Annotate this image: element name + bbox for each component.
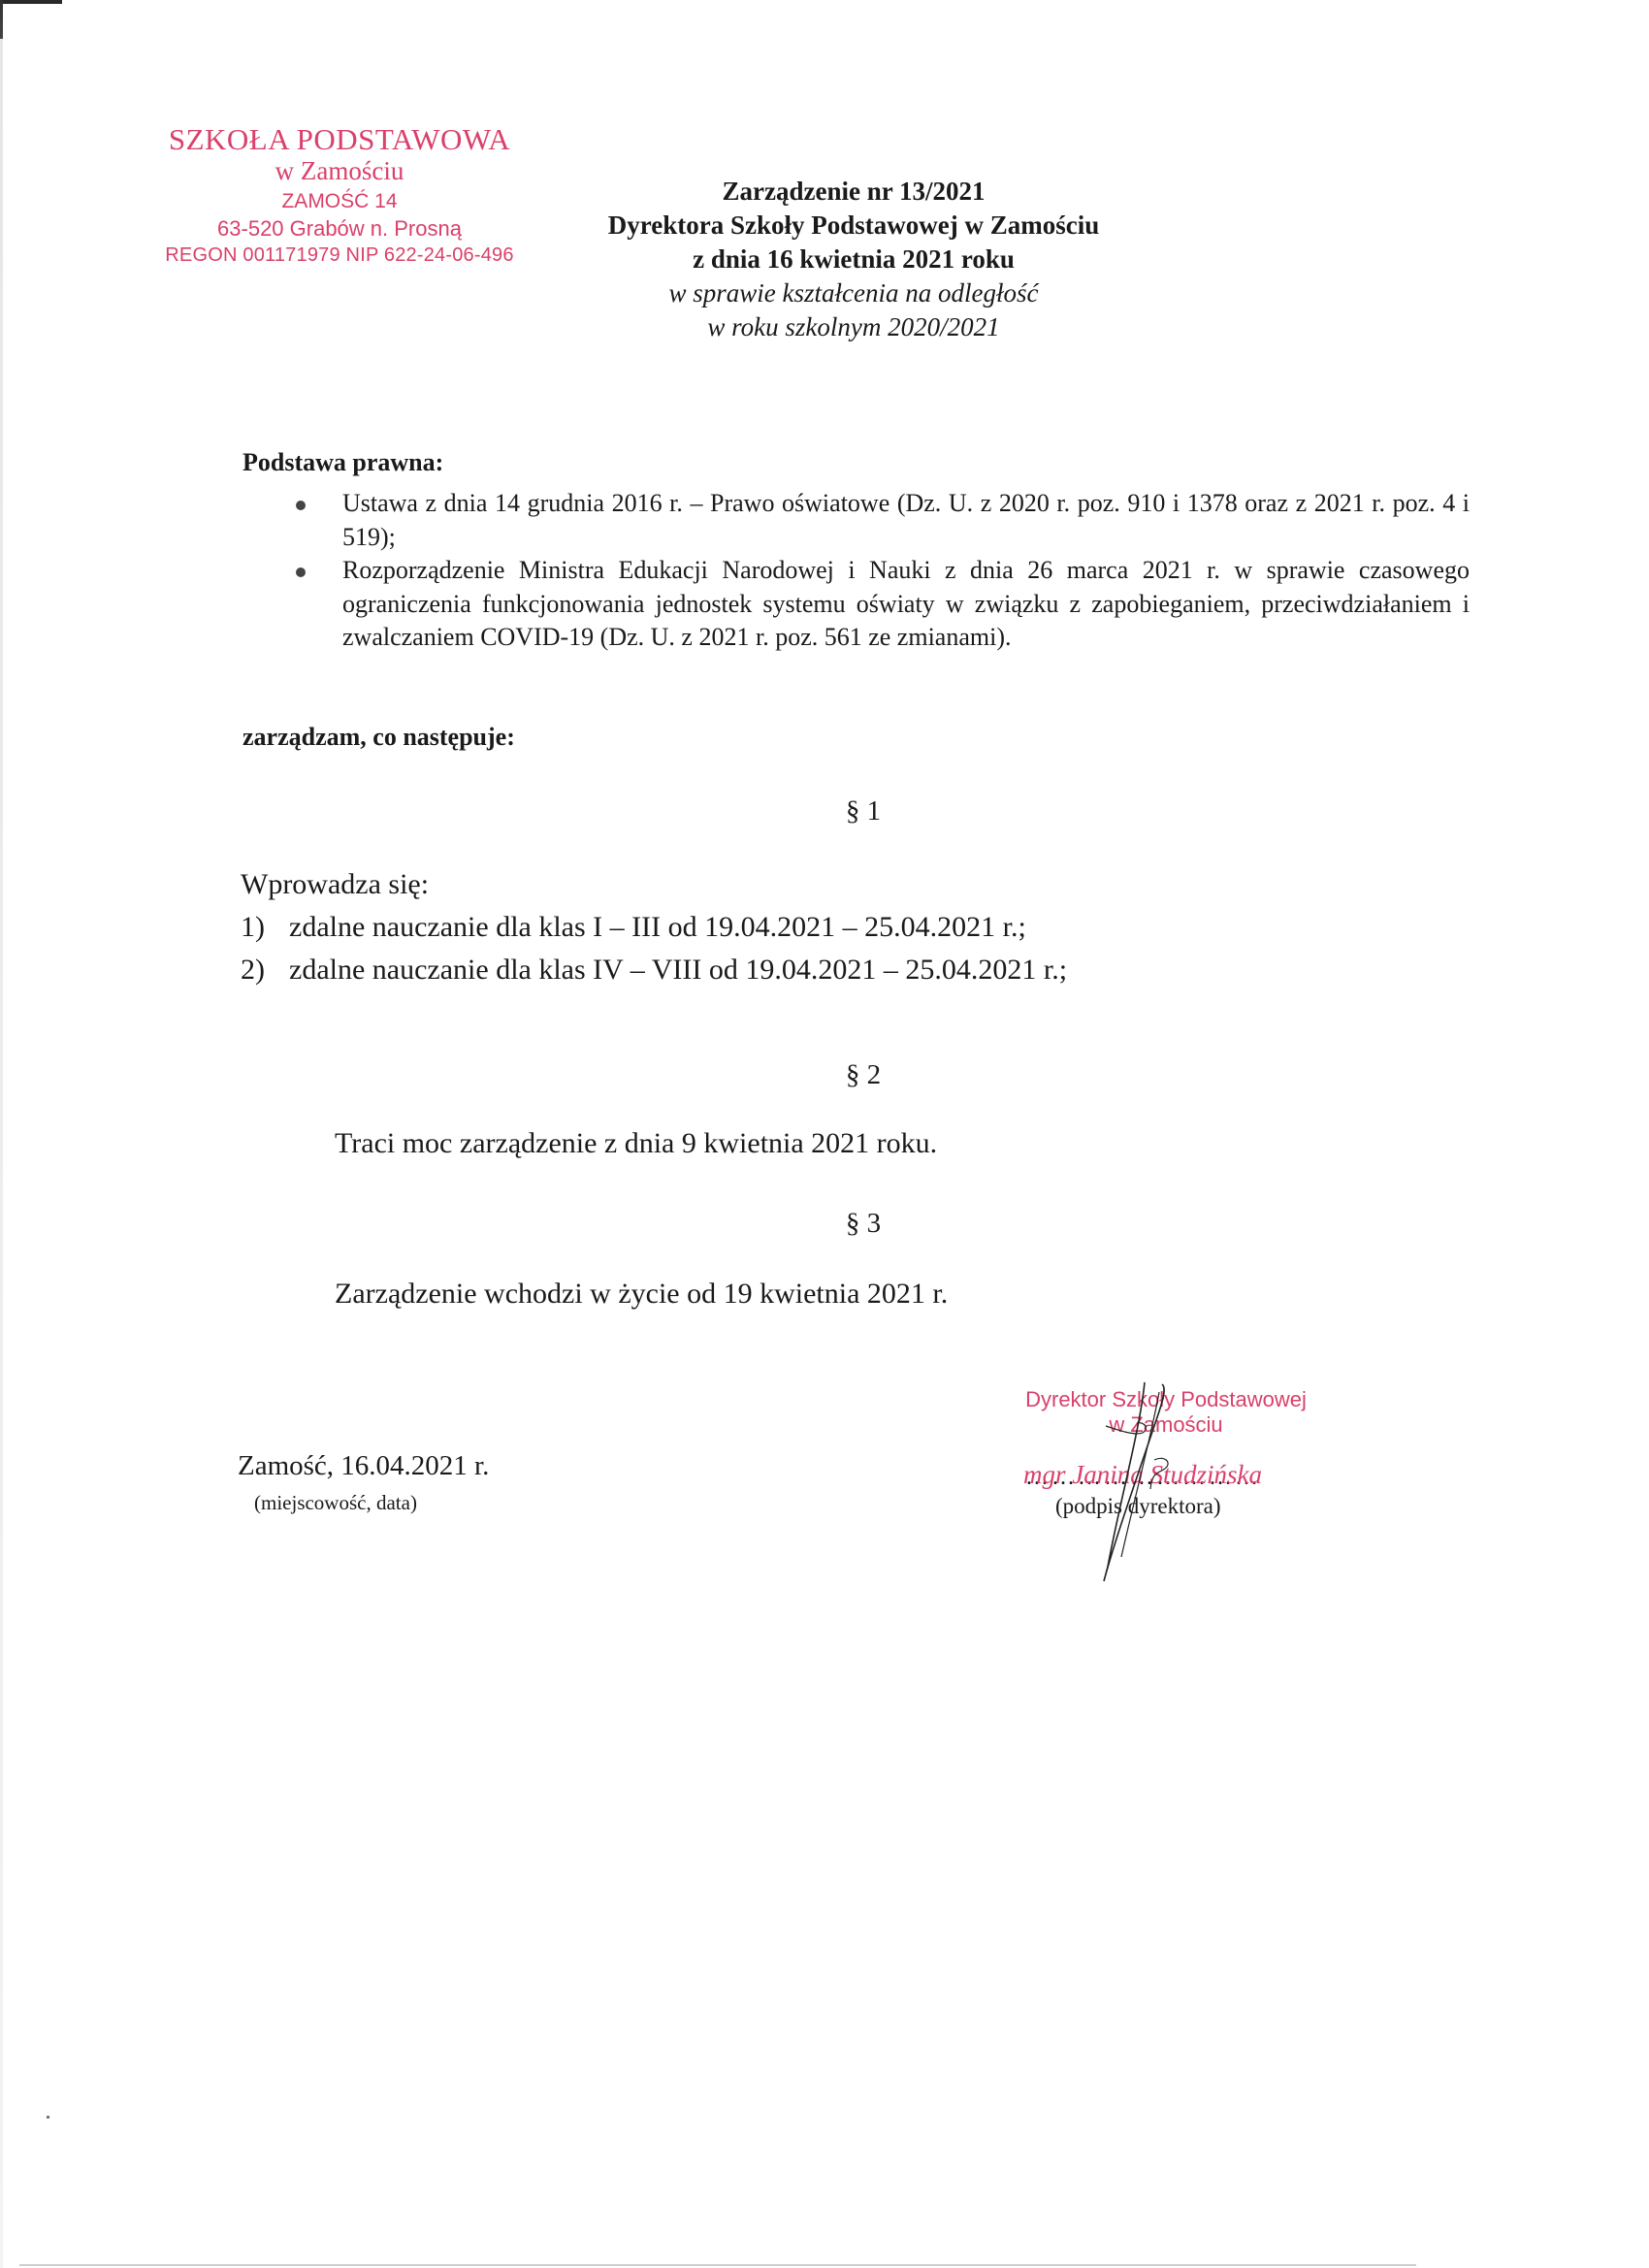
school-stamp: SZKOŁA PODSTAWOWA w Zamościu ZAMOŚĆ 14 6… xyxy=(155,124,524,265)
legal-basis-heading: Podstawa prawna: xyxy=(242,448,1470,477)
section-mark-3: § 3 xyxy=(815,1208,912,1240)
section-1-content: Wprowadza się: 1)zdalne nauczanie dla kl… xyxy=(241,863,1067,991)
bullet-icon xyxy=(296,501,306,510)
scan-edge-top xyxy=(0,0,62,4)
scan-speck xyxy=(47,2116,49,2119)
document-header: Zarządzenie nr 13/2021 Dyrektora Szkoły … xyxy=(543,175,1164,344)
legal-basis: Podstawa prawna: Ustawa z dnia 14 grudni… xyxy=(242,448,1470,655)
stamp-school-name: SZKOŁA PODSTAWOWA xyxy=(155,124,524,154)
list-item: Ustawa z dnia 14 grudnia 2016 r. – Prawo… xyxy=(242,487,1470,554)
section-3-text: Zarządzenie wchodzi w życie od 19 kwietn… xyxy=(335,1278,948,1311)
document-subject-line2: w roku szkolnym 2020/2021 xyxy=(543,310,1164,344)
section-1-intro: Wprowadza się: xyxy=(241,863,1067,906)
section-mark-2: § 2 xyxy=(815,1059,912,1091)
stamp-address: ZAMOŚĆ 14 xyxy=(155,191,524,211)
list-item: Rozporządzenie Ministra Edukacji Narodow… xyxy=(242,554,1470,655)
place-date: Zamość, 16.04.2021 r. xyxy=(238,1450,489,1482)
scan-edge-left xyxy=(0,0,3,2268)
section-2-text: Traci moc zarządzenie z dnia 9 kwietnia … xyxy=(335,1127,937,1160)
stamp-location: w Zamościu xyxy=(155,158,524,184)
stamp-postal: 63-520 Grabów n. Prosną xyxy=(155,218,524,240)
stamp-regon-nip: REGON 001171979 NIP 622-24-06-496 xyxy=(155,245,524,265)
document-date: z dnia 16 kwietnia 2021 roku xyxy=(543,243,1164,276)
document-title: Zarządzenie nr 13/2021 xyxy=(543,175,1164,209)
bullet-icon xyxy=(296,567,306,577)
place-date-caption: (miejscowość, data) xyxy=(254,1491,417,1515)
scan-edge-bottom xyxy=(19,2264,1416,2266)
section-mark-1: § 1 xyxy=(815,795,912,827)
decree-intro: zarządzam, co następuje: xyxy=(242,723,515,752)
document-subject-line1: w sprawie kształcenia na odległość xyxy=(543,276,1164,310)
handwritten-signature xyxy=(1086,1373,1222,1596)
document-issuer: Dyrektora Szkoły Podstawowej w Zamościu xyxy=(543,209,1164,243)
list-item: 2)zdalne nauczanie dla klas IV – VIII od… xyxy=(241,949,1067,991)
legal-basis-list: Ustawa z dnia 14 grudnia 2016 r. – Prawo… xyxy=(242,487,1470,655)
list-item: 1)zdalne nauczanie dla klas I – III od 1… xyxy=(241,906,1067,949)
